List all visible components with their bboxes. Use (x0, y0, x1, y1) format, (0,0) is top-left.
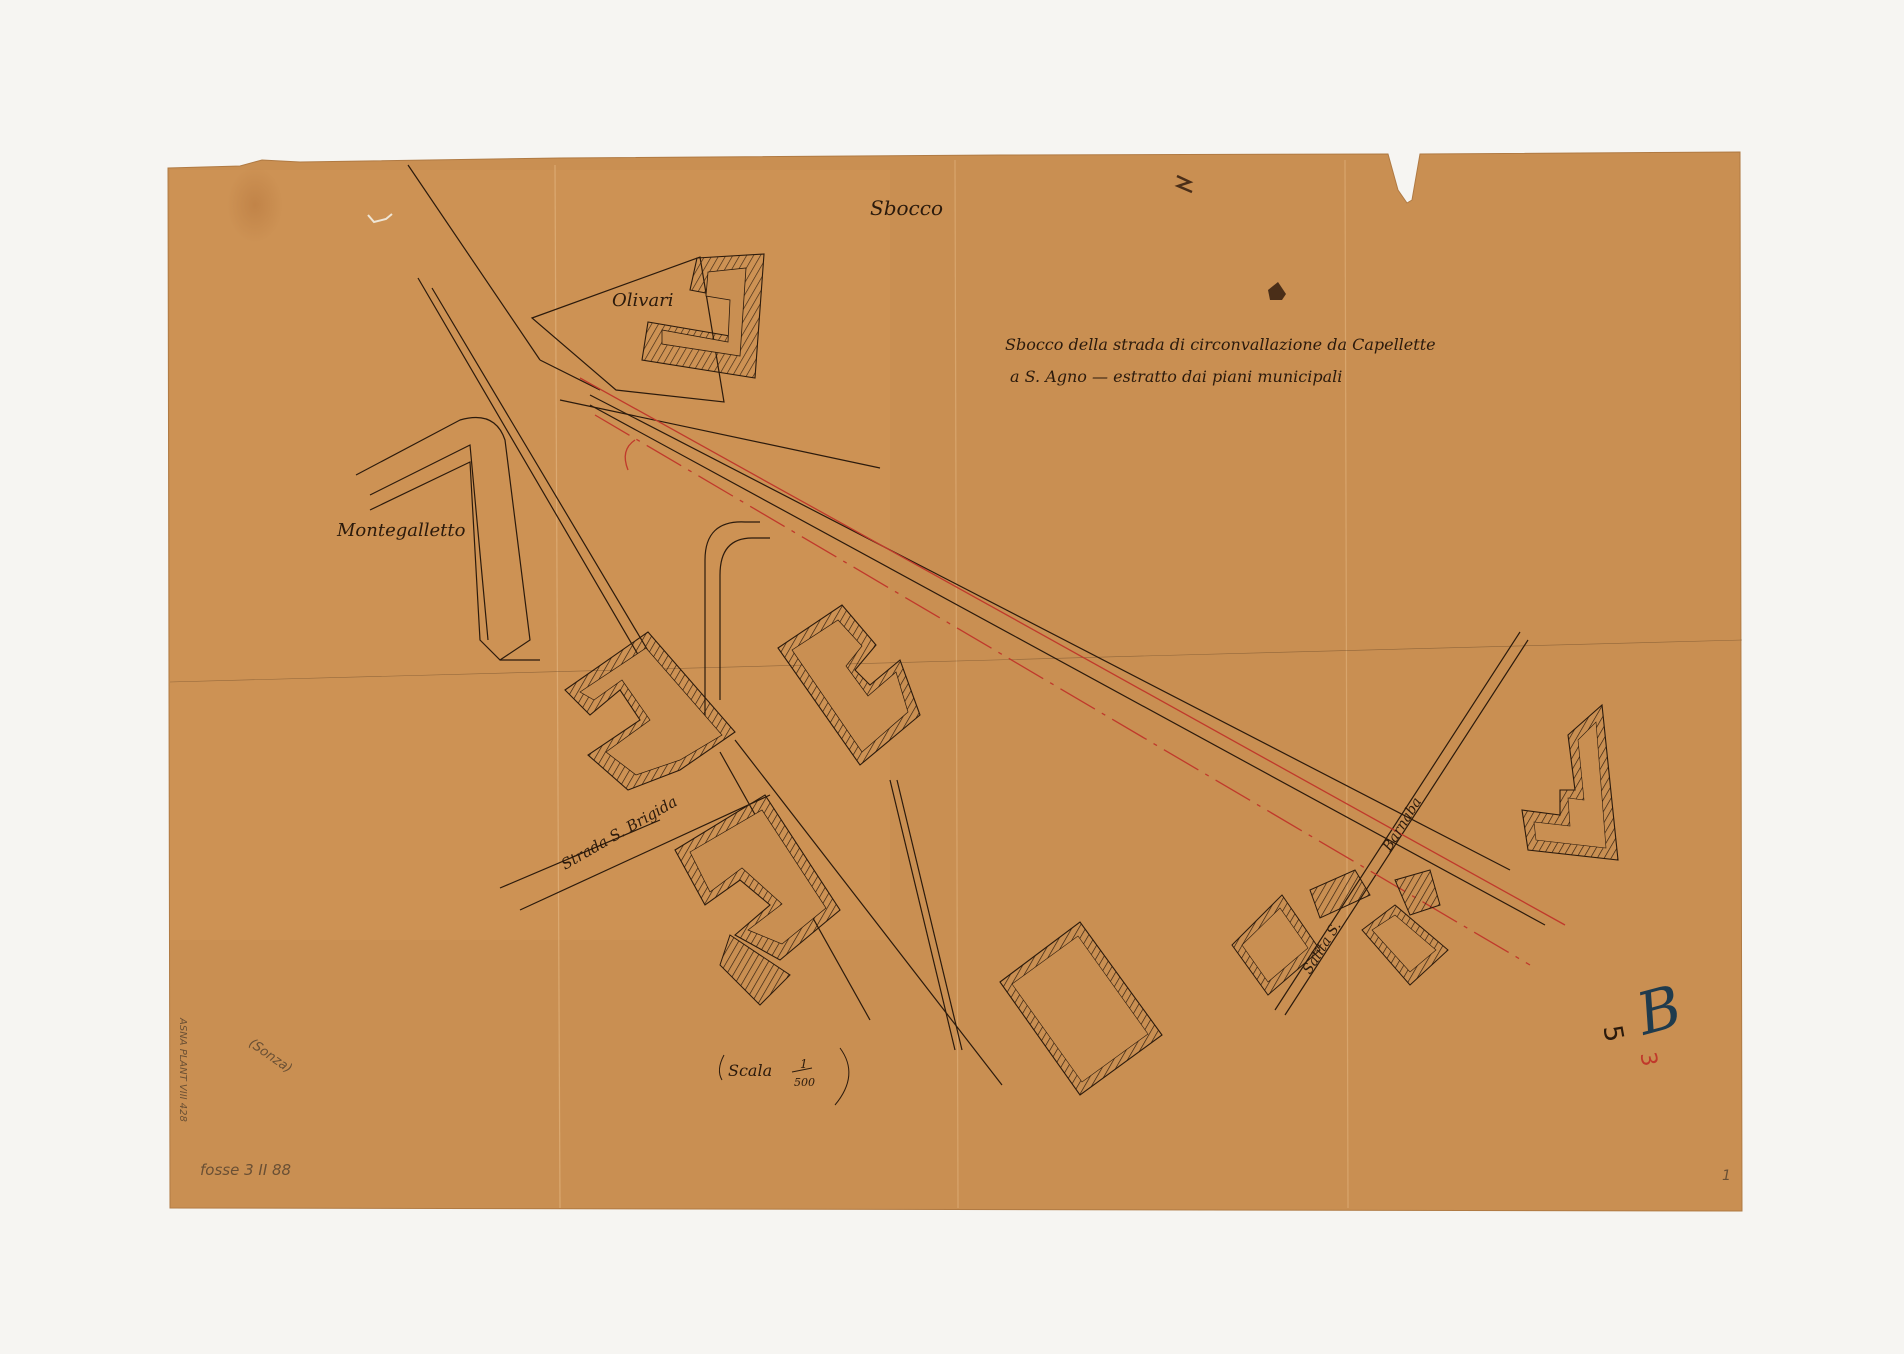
label-montegalletto: Montegalletto (336, 520, 466, 541)
caption-line-1: Sbocco della strada di circonvallazione … (1005, 335, 1436, 354)
vertical-stamp: ASNA PLANT VIII 428 (177, 1017, 188, 1122)
caption-line-2: a S. Agno — estratto dai piani municipal… (1010, 367, 1342, 386)
stain (227, 167, 283, 243)
map-document: Sbocco Sbocco della strada di circonvall… (0, 0, 1904, 1354)
scale-denominator: 500 (794, 1076, 815, 1089)
bottom-note: fosse 3 II 88 (200, 1161, 291, 1179)
label-olivari: Olivari (612, 290, 674, 311)
top-label: Sbocco (870, 196, 943, 220)
corner-mark: 1 (1722, 1168, 1731, 1184)
plan-drawing: Sbocco Sbocco della strada di circonvall… (0, 0, 1904, 1354)
scale-word: Scala (728, 1061, 772, 1080)
